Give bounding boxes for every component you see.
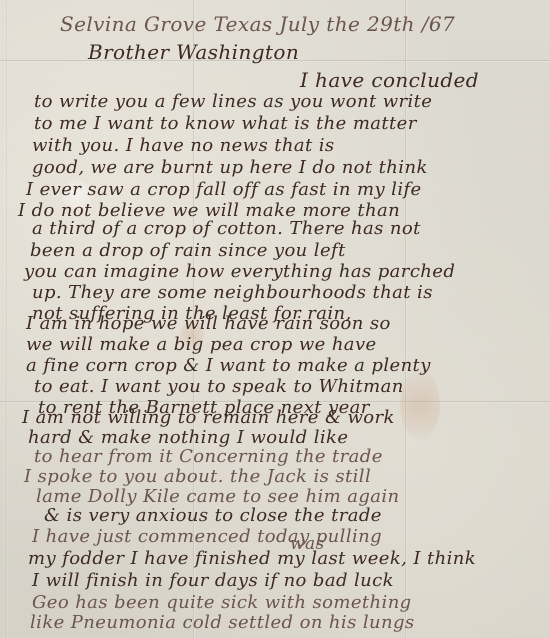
letter-line: & is very anxious to close the trade — [44, 505, 382, 526]
letter-line: hard & make nothing I would like — [28, 427, 348, 448]
letter-line: my fodder I have finished my last week, … — [28, 548, 476, 569]
letter-line: a fine corn crop & I want to make a plen… — [26, 355, 431, 376]
letter-line: I ever saw a crop fall off as fast in my… — [26, 179, 422, 200]
letter-line: you can imagine how everything has parch… — [24, 261, 455, 282]
letter-line: to hear from it Concerning the trade — [34, 446, 383, 467]
interlinear-note: was — [290, 534, 325, 554]
letter-line: good, we are burnt up here I do not thin… — [32, 157, 428, 178]
letter-line: I will finish in four days if no bad luc… — [32, 570, 394, 591]
letter-salutation: Brother Washington — [88, 40, 299, 64]
letter-line: I spoke to you about. the Jack is still — [24, 466, 371, 487]
paper-stain — [400, 370, 440, 440]
letter-page: Selvina Grove Texas July the 29th /67 Br… — [0, 0, 550, 638]
letter-line: Geo has been quite sick with something — [32, 592, 412, 613]
letter-line: we will make a big pea crop we have — [26, 334, 377, 355]
letter-line: to eat. I want you to speak to Whitman — [34, 376, 404, 397]
letter-line: lame Dolly Kile came to see him again — [36, 486, 400, 507]
letter-line: I am not willing to remain here & work — [22, 407, 395, 428]
letter-line: up. They are some neighbourhoods that is — [32, 282, 433, 303]
letter-line: I am in hope we will have rain soon so — [26, 313, 391, 334]
letter-line: to me I want to know what is the matter — [34, 113, 417, 134]
letter-line: been a drop of rain since you left — [30, 240, 346, 261]
letter-line: a third of a crop of cotton. There has n… — [32, 218, 421, 239]
letter-line: I have just commenced today pulling — [32, 526, 382, 547]
fold-crease-vertical — [6, 0, 8, 638]
letter-line: I have concluded — [300, 68, 479, 92]
letter-line: like Pneumonia cold settled on his lungs — [30, 612, 415, 633]
letter-line: with you. I have no news that is — [32, 135, 335, 156]
letter-place-date: Selvina Grove Texas July the 29th /67 — [60, 12, 455, 36]
letter-line: to write you a few lines as you wont wri… — [34, 91, 432, 112]
